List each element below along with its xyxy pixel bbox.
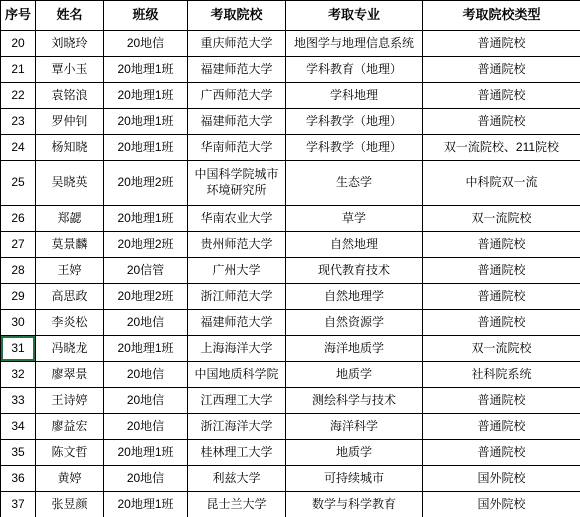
table-cell[interactable]: 自然资源学 xyxy=(286,310,423,336)
table-row: 35陈文哲20地理1班桂林理工大学地质学普通院校 xyxy=(1,440,580,466)
table-cell[interactable]: 福建师范大学 xyxy=(188,310,286,336)
table-cell[interactable]: 李炎松 xyxy=(36,310,104,336)
table-row: 32廖翠景20地信中国地质科学院地质学社科院系统 xyxy=(1,362,580,388)
table-cell[interactable]: 20地信 xyxy=(104,362,188,388)
table-cell[interactable]: 覃小玉 xyxy=(36,57,104,83)
table-cell[interactable]: 普通院校 xyxy=(423,109,580,135)
table-cell[interactable]: 自然地理学 xyxy=(286,284,423,310)
table-cell[interactable]: 普通院校 xyxy=(423,258,580,284)
table-cell[interactable]: 国外院校 xyxy=(423,492,580,517)
row-number-cell[interactable]: 35 xyxy=(1,440,36,466)
table-cell[interactable]: 中国地质科学院 xyxy=(188,362,286,388)
table-cell[interactable]: 双一流院校 xyxy=(423,336,580,362)
table-cell[interactable]: 廖翠景 xyxy=(36,362,104,388)
table-cell[interactable]: 20地理1班 xyxy=(104,109,188,135)
table-row: 34廖益宏20地信浙江海洋大学海洋科学普通院校 xyxy=(1,414,580,440)
table-row: 27莫景麟20地理2班贵州师范大学自然地理普通院校 xyxy=(1,232,580,258)
table-cell[interactable]: 海洋地质学 xyxy=(286,336,423,362)
table-cell[interactable]: 重庆师范大学 xyxy=(188,31,286,57)
table-row: 28王婷20信管广州大学现代教育技术普通院校 xyxy=(1,258,580,284)
table-cell[interactable]: 普通院校 xyxy=(423,414,580,440)
row-number-cell[interactable]: 24 xyxy=(1,135,36,161)
table-cell[interactable]: 学科教育（地理） xyxy=(286,57,423,83)
table-cell[interactable]: 20地理1班 xyxy=(104,206,188,232)
table-cell[interactable]: 普通院校 xyxy=(423,83,580,109)
table-row: 24杨知晓20地理1班华南师范大学学科教学（地理）双一流院校、211院校 xyxy=(1,135,580,161)
admissions-table: 序号姓名班级考取院校考取专业考取院校类型 20刘晓玲20地信重庆师范大学地图学与… xyxy=(0,0,580,517)
row-number-cell[interactable]: 29 xyxy=(1,284,36,310)
column-header[interactable]: 班级 xyxy=(104,1,188,31)
table-row: 25吴晓英20地理2班中国科学院城市环境研究所生态学中科院双一流 xyxy=(1,161,580,206)
table-cell[interactable]: 20信管 xyxy=(104,258,188,284)
table-cell[interactable]: 福建师范大学 xyxy=(188,109,286,135)
table-row: 20刘晓玲20地信重庆师范大学地图学与地理信息系统普通院校 xyxy=(1,31,580,57)
table-row: 22袁铭浪20地理1班广西师范大学学科地理普通院校 xyxy=(1,83,580,109)
table-cell[interactable]: 吴晓英 xyxy=(36,161,104,206)
table-cell[interactable]: 20地信 xyxy=(104,466,188,492)
table-cell[interactable]: 浙江海洋大学 xyxy=(188,414,286,440)
table-cell[interactable]: 20地理1班 xyxy=(104,135,188,161)
table-cell[interactable]: 现代教育技术 xyxy=(286,258,423,284)
table-cell[interactable]: 20地理2班 xyxy=(104,161,188,206)
column-header[interactable]: 考取院校 xyxy=(188,1,286,31)
table-cell[interactable]: 普通院校 xyxy=(423,440,580,466)
row-number-cell[interactable]: 23 xyxy=(1,109,36,135)
table-cell[interactable]: 刘晓玲 xyxy=(36,31,104,57)
row-number-cell[interactable]: 20 xyxy=(1,31,36,57)
table-cell[interactable]: 20地信 xyxy=(104,414,188,440)
row-number-cell[interactable]: 28 xyxy=(1,258,36,284)
table-cell[interactable]: 郑勰 xyxy=(36,206,104,232)
table-row: 31冯晓龙20地理1班上海海洋大学海洋地质学双一流院校 xyxy=(1,336,580,362)
table-cell[interactable]: 20地理2班 xyxy=(104,232,188,258)
table-cell[interactable]: 桂林理工大学 xyxy=(188,440,286,466)
selected-cell[interactable]: 31 xyxy=(1,336,36,362)
table-cell[interactable]: 袁铭浪 xyxy=(36,83,104,109)
row-number-cell[interactable]: 25 xyxy=(1,161,36,206)
table-cell[interactable]: 自然地理 xyxy=(286,232,423,258)
spreadsheet-region: 序号姓名班级考取院校考取专业考取院校类型 20刘晓玲20地信重庆师范大学地图学与… xyxy=(0,0,580,517)
table-cell[interactable]: 罗仲钊 xyxy=(36,109,104,135)
table-header: 序号姓名班级考取院校考取专业考取院校类型 xyxy=(1,1,580,31)
table-cell[interactable]: 张昱颜 xyxy=(36,492,104,517)
table-cell[interactable]: 浙江师范大学 xyxy=(188,284,286,310)
column-header[interactable]: 考取专业 xyxy=(286,1,423,31)
table-cell[interactable]: 普通院校 xyxy=(423,57,580,83)
table-row: 29高思政20地理2班浙江师范大学自然地理学普通院校 xyxy=(1,284,580,310)
table-row: 30李炎松20地信福建师范大学自然资源学普通院校 xyxy=(1,310,580,336)
table-row: 26郑勰20地理1班华南农业大学草学双一流院校 xyxy=(1,206,580,232)
table-cell[interactable]: 学科地理 xyxy=(286,83,423,109)
row-number-cell[interactable]: 34 xyxy=(1,414,36,440)
table-cell[interactable]: 20地信 xyxy=(104,31,188,57)
table-cell[interactable]: 中科院双一流 xyxy=(423,161,580,206)
column-header[interactable]: 序号 xyxy=(1,1,36,31)
row-number-cell[interactable]: 32 xyxy=(1,362,36,388)
table-cell[interactable]: 广西师范大学 xyxy=(188,83,286,109)
row-number-cell[interactable]: 33 xyxy=(1,388,36,414)
table-cell[interactable]: 可持续城市 xyxy=(286,466,423,492)
table-cell[interactable]: 廖益宏 xyxy=(36,414,104,440)
table-cell[interactable]: 普通院校 xyxy=(423,310,580,336)
table-cell[interactable]: 双一流院校、211院校 xyxy=(423,135,580,161)
table-cell[interactable]: 20地理1班 xyxy=(104,492,188,517)
column-header[interactable]: 姓名 xyxy=(36,1,104,31)
table-cell[interactable]: 华南师范大学 xyxy=(188,135,286,161)
table-cell[interactable]: 海洋科学 xyxy=(286,414,423,440)
table-cell[interactable]: 贵州师范大学 xyxy=(188,232,286,258)
row-number-cell[interactable]: 30 xyxy=(1,310,36,336)
table-row: 37张昱颜20地理1班昆士兰大学数学与科学教育国外院校 xyxy=(1,492,580,517)
table-cell[interactable]: 20地理1班 xyxy=(104,83,188,109)
row-number-cell[interactable]: 22 xyxy=(1,83,36,109)
table-cell[interactable]: 王诗婷 xyxy=(36,388,104,414)
column-header[interactable]: 考取院校类型 xyxy=(423,1,580,31)
table-cell[interactable]: 中国科学院城市环境研究所 xyxy=(188,161,286,206)
table-cell[interactable]: 莫景麟 xyxy=(36,232,104,258)
row-number-cell[interactable]: 21 xyxy=(1,57,36,83)
table-cell[interactable]: 福建师范大学 xyxy=(188,57,286,83)
table-cell[interactable]: 黄婷 xyxy=(36,466,104,492)
row-number-cell[interactable]: 37 xyxy=(1,492,36,517)
table-cell[interactable]: 冯晓龙 xyxy=(36,336,104,362)
table-cell[interactable]: 普通院校 xyxy=(423,31,580,57)
row-number-cell[interactable]: 26 xyxy=(1,206,36,232)
table-cell[interactable]: 昆士兰大学 xyxy=(188,492,286,517)
table-cell[interactable]: 广州大学 xyxy=(188,258,286,284)
table-cell[interactable]: 普通院校 xyxy=(423,284,580,310)
table-cell[interactable]: 国外院校 xyxy=(423,466,580,492)
table-cell[interactable]: 20地理1班 xyxy=(104,336,188,362)
table-cell[interactable]: 20地理2班 xyxy=(104,284,188,310)
table-row: 23罗仲钊20地理1班福建师范大学学科教学（地理）普通院校 xyxy=(1,109,580,135)
table-cell[interactable]: 地质学 xyxy=(286,362,423,388)
row-number-cell[interactable]: 36 xyxy=(1,466,36,492)
table-cell[interactable]: 陈文哲 xyxy=(36,440,104,466)
table-cell[interactable]: 利兹大学 xyxy=(188,466,286,492)
table-cell[interactable]: 生态学 xyxy=(286,161,423,206)
table-cell[interactable]: 数学与科学教育 xyxy=(286,492,423,517)
header-row: 序号姓名班级考取院校考取专业考取院校类型 xyxy=(1,1,580,31)
table-cell[interactable]: 杨知晓 xyxy=(36,135,104,161)
table-row: 21覃小玉20地理1班福建师范大学学科教育（地理）普通院校 xyxy=(1,57,580,83)
table-cell[interactable]: 双一流院校 xyxy=(423,206,580,232)
table-cell[interactable]: 20地信 xyxy=(104,310,188,336)
table-cell[interactable]: 社科院系统 xyxy=(423,362,580,388)
table-cell[interactable]: 20地信 xyxy=(104,388,188,414)
table-cell[interactable]: 上海海洋大学 xyxy=(188,336,286,362)
table-cell[interactable]: 地质学 xyxy=(286,440,423,466)
table-cell[interactable]: 王婷 xyxy=(36,258,104,284)
table-row: 36黄婷20地信利兹大学可持续城市国外院校 xyxy=(1,466,580,492)
table-cell[interactable]: 学科教学（地理） xyxy=(286,109,423,135)
table-cell[interactable]: 普通院校 xyxy=(423,388,580,414)
table-cell[interactable]: 学科教学（地理） xyxy=(286,135,423,161)
row-number-cell[interactable]: 27 xyxy=(1,232,36,258)
table-cell[interactable]: 高思政 xyxy=(36,284,104,310)
table-cell[interactable]: 20地理1班 xyxy=(104,440,188,466)
table-cell[interactable]: 江西理工大学 xyxy=(188,388,286,414)
table-cell[interactable]: 草学 xyxy=(286,206,423,232)
table-cell[interactable]: 普通院校 xyxy=(423,232,580,258)
table-row: 33王诗婷20地信江西理工大学测绘科学与技术普通院校 xyxy=(1,388,580,414)
table-cell[interactable]: 20地理1班 xyxy=(104,57,188,83)
table-cell[interactable]: 华南农业大学 xyxy=(188,206,286,232)
table-cell[interactable]: 测绘科学与技术 xyxy=(286,388,423,414)
table-cell[interactable]: 地图学与地理信息系统 xyxy=(286,31,423,57)
